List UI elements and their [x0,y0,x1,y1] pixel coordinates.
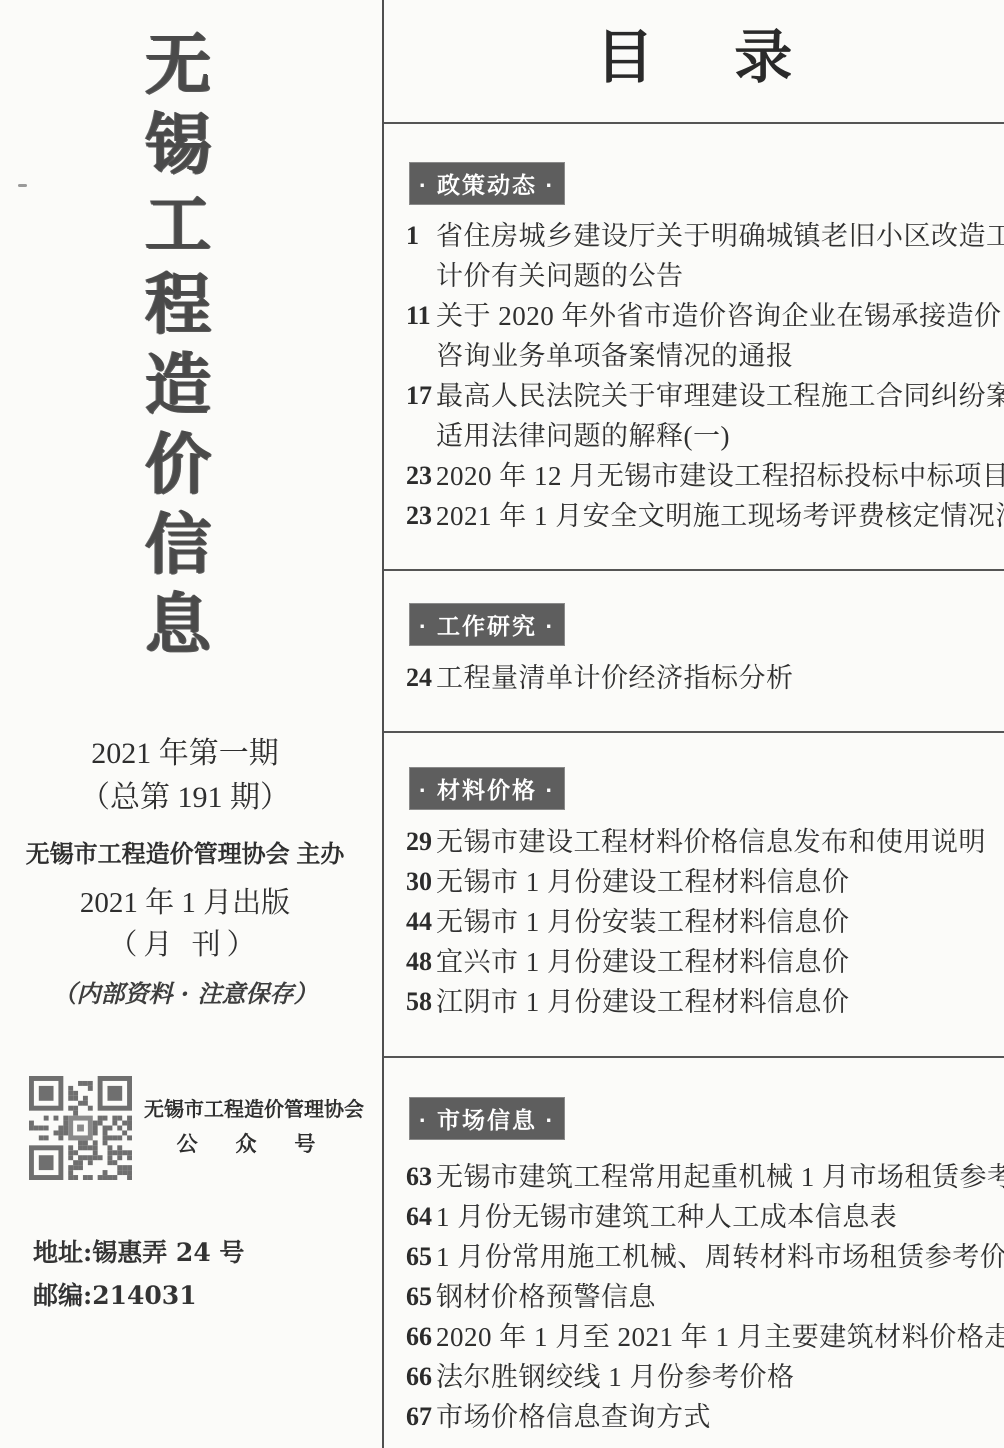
section-items: 1省住房城乡建设厅关于明确城镇老旧小区改造工程计价有关问题的公告11关于 202… [406,216,998,536]
toc-item: 44无锡市 1 月份安装工程材料信息价 [406,902,998,942]
qr-code-icon [29,1076,132,1180]
toc-item: 30无锡市 1 月份建设工程材料信息价 [406,862,998,902]
divider-section-1-2 [384,569,1004,571]
scan-speck [18,184,27,187]
toc-item: 232020 年 12 月无锡市建设工程招标投标中标项目 [406,456,998,496]
cumulative-issue-number: （总第 191 期） [0,772,370,816]
toc-item-page-number: 65 [406,1277,436,1317]
section-tag: · 材料价格 · [410,768,564,809]
postcode-line: 邮编:214031 [33,1276,197,1312]
toc-item-title: 市场价格信息查询方式 [436,1397,998,1437]
toc-item-page-number: 48 [406,942,436,982]
toc-item-page-number: 66 [406,1357,436,1397]
toc-item-page-number: 23 [406,496,436,536]
toc-item: 651 月份常用施工机械、周转材料市场租赁参考价格 [406,1237,998,1277]
toc-item-page-number: 23 [406,456,436,496]
toc-item: 67市场价格信息查询方式 [406,1397,998,1437]
qr-caption-association: 无锡市工程造价管理协会 [140,1093,368,1122]
toc-item-title: 最高人民法院关于审理建设工程施工合同纠纷案件适用法律问题的解释(一) [436,376,1004,456]
toc-item-title: 江阴市 1 月份建设工程材料信息价 [436,982,998,1022]
toc-item-page-number: 64 [406,1197,436,1237]
internal-material-note: （内部资料 · 注意保存） [0,974,370,1009]
toc-item: 662020 年 1 月至 2021 年 1 月主要建筑材料价格走势 [406,1317,998,1357]
section-tag: · 市场信息 · [410,1098,564,1139]
toc-item: 63无锡市建筑工程常用起重机械 1 月市场租赁参考价 [406,1157,998,1197]
toc-item-title: 2020 年 1 月至 2021 年 1 月主要建筑材料价格走势 [436,1317,1004,1357]
toc-item-title: 工程量清单计价经济指标分析 [436,658,998,698]
toc-item-title: 法尔胜钢绞线 1 月份参考价格 [436,1357,998,1397]
section-items: 29无锡市建设工程材料价格信息发布和使用说明30无锡市 1 月份建设工程材料信息… [406,822,998,1022]
magazine-vertical-title: 无锡工程造价信息 [128,24,228,664]
toc-item-page-number: 66 [406,1317,436,1357]
toc-item: 65钢材价格预警信息 [406,1277,998,1317]
toc-item: 232021 年 1 月安全文明施工现场考评费核定情况汇总 [406,496,998,536]
toc-item-title: 无锡市建筑工程常用起重机械 1 月市场租赁参考价 [436,1157,1004,1197]
toc-item: 29无锡市建设工程材料价格信息发布和使用说明 [406,822,998,862]
masthead-title-char: 程 [145,264,211,344]
periodical-type: （月 刊） [0,922,370,963]
masthead-column: 无锡工程造价信息 2021 年第一期 （总第 191 期） 无锡市工程造价管理协… [0,0,382,1448]
toc-item-title: 2021 年 1 月安全文明施工现场考评费核定情况汇总 [436,496,1004,536]
toc-item-title: 省住房城乡建设厅关于明确城镇老旧小区改造工程计价有关问题的公告 [436,216,1004,296]
issue-number: 2021 年第一期 [0,728,370,772]
toc-item: 66法尔胜钢绞线 1 月份参考价格 [406,1357,998,1397]
divider-under-title [384,122,1004,124]
toc-item-title: 无锡市 1 月份安装工程材料信息价 [436,902,998,942]
toc-item-title: 宜兴市 1 月份建设工程材料信息价 [436,942,998,982]
toc-item-page-number: 58 [406,982,436,1022]
toc-item-page-number: 65 [406,1237,436,1277]
masthead-title-char: 工 [145,184,211,264]
toc-item-title: 2020 年 12 月无锡市建设工程招标投标中标项目 [436,456,1004,496]
toc-item: 24工程量清单计价经济指标分析 [406,658,998,698]
toc-item-page-number: 67 [406,1397,436,1437]
toc-item-page-number: 24 [406,658,436,698]
organizer-line: 无锡市工程造价管理协会 主办 [0,834,370,869]
masthead-title-char: 造 [145,344,211,424]
toc-item-page-number: 30 [406,862,436,902]
toc-item-title: 1 月份无锡市建筑工种人工成本信息表 [436,1197,998,1237]
toc-item-title: 1 月份常用施工机械、周转材料市场租赁参考价格 [436,1237,1004,1277]
toc-item: 641 月份无锡市建筑工种人工成本信息表 [406,1197,998,1237]
toc-item-title: 无锡市建设工程材料价格信息发布和使用说明 [436,822,998,862]
divider-section-2-3 [384,731,1004,733]
masthead-title-char: 价 [145,424,211,504]
address-line: 地址:锡惠弄 24 号 [33,1233,244,1269]
toc-item-page-number: 63 [406,1157,436,1197]
toc-item-page-number: 29 [406,822,436,862]
toc-item-page-number: 17 [406,376,436,416]
masthead-title-char: 息 [145,584,211,664]
masthead-title-char: 无 [145,24,211,104]
masthead-title-char: 信 [145,504,211,584]
section-tag: · 政策动态 · [410,163,564,204]
qr-code-svg [29,1076,132,1180]
toc-item-title: 关于 2020 年外省市造价咨询企业在锡承接造价咨询业务单项备案情况的通报 [436,296,1002,376]
masthead-title-char: 锡 [145,104,211,184]
toc-item-title: 钢材价格预警信息 [436,1277,998,1317]
toc-item-page-number: 44 [406,902,436,942]
qr-caption-official-account: 公 众 号 [140,1128,368,1158]
section-items: 63无锡市建筑工程常用起重机械 1 月市场租赁参考价641 月份无锡市建筑工种人… [406,1157,998,1437]
toc-item-page-number: 1 [406,216,436,256]
divider-section-3-4 [384,1056,1004,1058]
toc-title: 目 录 [384,10,1004,94]
toc-item-title: 无锡市 1 月份建设工程材料信息价 [436,862,998,902]
toc-item: 11关于 2020 年外省市造价咨询企业在锡承接造价咨询业务单项备案情况的通报 [406,296,998,376]
toc-item-page-number: 11 [406,296,436,336]
toc-item: 48宜兴市 1 月份建设工程材料信息价 [406,942,998,982]
toc-item: 1省住房城乡建设厅关于明确城镇老旧小区改造工程计价有关问题的公告 [406,216,998,296]
toc-item: 58江阴市 1 月份建设工程材料信息价 [406,982,998,1022]
section-items: 24工程量清单计价经济指标分析 [406,658,998,698]
publish-date: 2021 年 1 月出版 [0,880,370,921]
section-tag: · 工作研究 · [410,604,564,645]
toc-column: 目 录 · 政策动态 ·1省住房城乡建设厅关于明确城镇老旧小区改造工程计价有关问… [382,0,1004,1448]
toc-item: 17最高人民法院关于审理建设工程施工合同纠纷案件适用法律问题的解释(一) [406,376,998,456]
